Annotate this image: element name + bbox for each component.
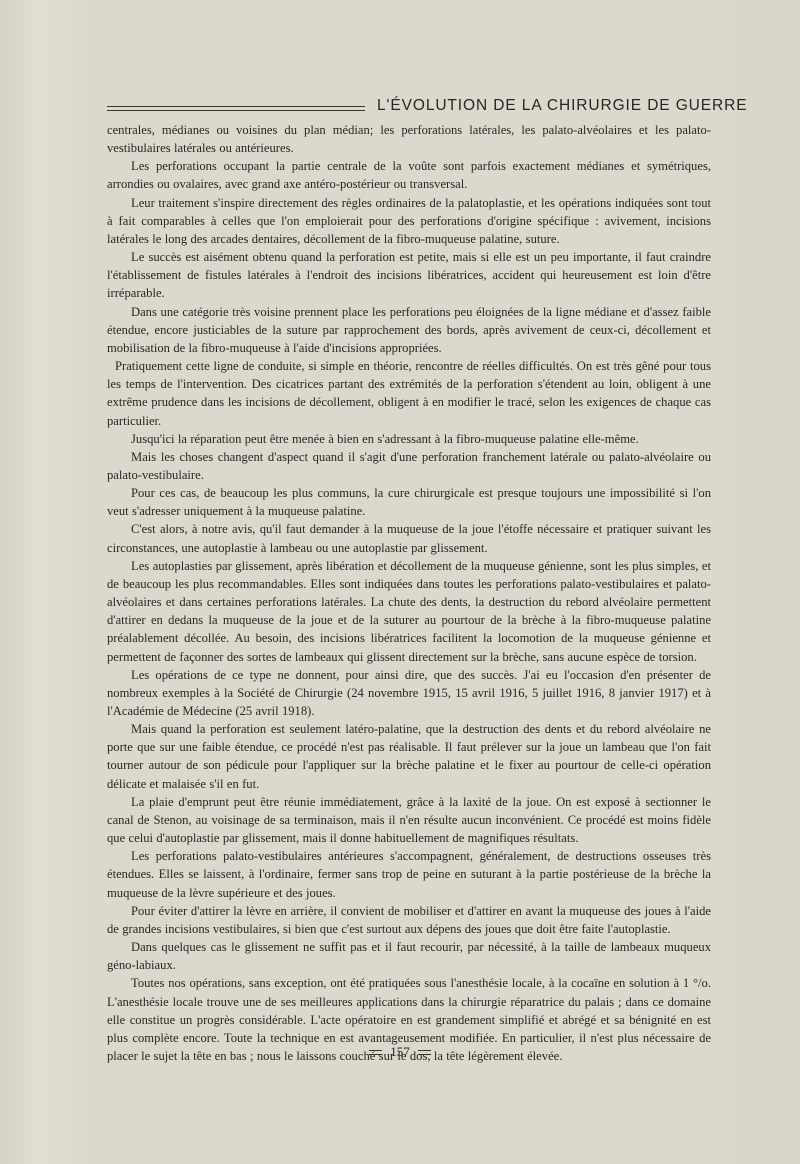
paragraph: Les perforations palato-vestibulaires an… bbox=[107, 847, 711, 901]
paragraph: Pour ces cas, de beaucoup les plus commu… bbox=[107, 484, 711, 520]
paragraph: Le succès est aisément obtenu quand la p… bbox=[107, 248, 711, 302]
folio-left-double-dash bbox=[369, 1050, 382, 1055]
paragraph: Mais les choses changent d'aspect quand … bbox=[107, 448, 711, 484]
paragraph: Mais quand la perforation est seulement … bbox=[107, 720, 711, 793]
page-folio: 157 bbox=[0, 1044, 800, 1060]
paragraph: Pour éviter d'attirer la lèvre en arrièr… bbox=[107, 902, 711, 938]
folio-right-double-dash bbox=[418, 1050, 431, 1055]
paragraph: Les opérations de ce type ne donnent, po… bbox=[107, 666, 711, 720]
paragraph: Les autoplasties par glissement, après l… bbox=[107, 557, 711, 666]
paragraph: Les perforations occupant la partie cent… bbox=[107, 157, 711, 193]
paragraph-continuation: centrales, médianes ou voisines du plan … bbox=[107, 121, 711, 157]
page-number: 157 bbox=[390, 1044, 410, 1060]
body-text: centrales, médianes ou voisines du plan … bbox=[107, 121, 711, 1065]
paragraph: Dans quelques cas le glissement ne suffi… bbox=[107, 938, 711, 974]
running-head-title: L'ÉVOLUTION DE LA CHIRURGIE DE GUERRE bbox=[377, 97, 747, 115]
paragraph: Jusqu'ici la réparation peut être menée … bbox=[107, 430, 711, 448]
header-double-rule bbox=[107, 106, 365, 111]
paragraph: C'est alors, à notre avis, qu'il faut de… bbox=[107, 520, 711, 556]
paragraph: Dans une catégorie très voisine prennent… bbox=[107, 303, 711, 357]
paragraph: La plaie d'emprunt peut être réunie immé… bbox=[107, 793, 711, 847]
page: L'ÉVOLUTION DE LA CHIRURGIE DE GUERRE ce… bbox=[107, 95, 711, 1065]
paragraph: Pratiquement cette ligne de conduite, si… bbox=[107, 357, 711, 430]
paragraph: Leur traitement s'inspire directement de… bbox=[107, 194, 711, 248]
running-head: L'ÉVOLUTION DE LA CHIRURGIE DE GUERRE bbox=[107, 95, 711, 117]
